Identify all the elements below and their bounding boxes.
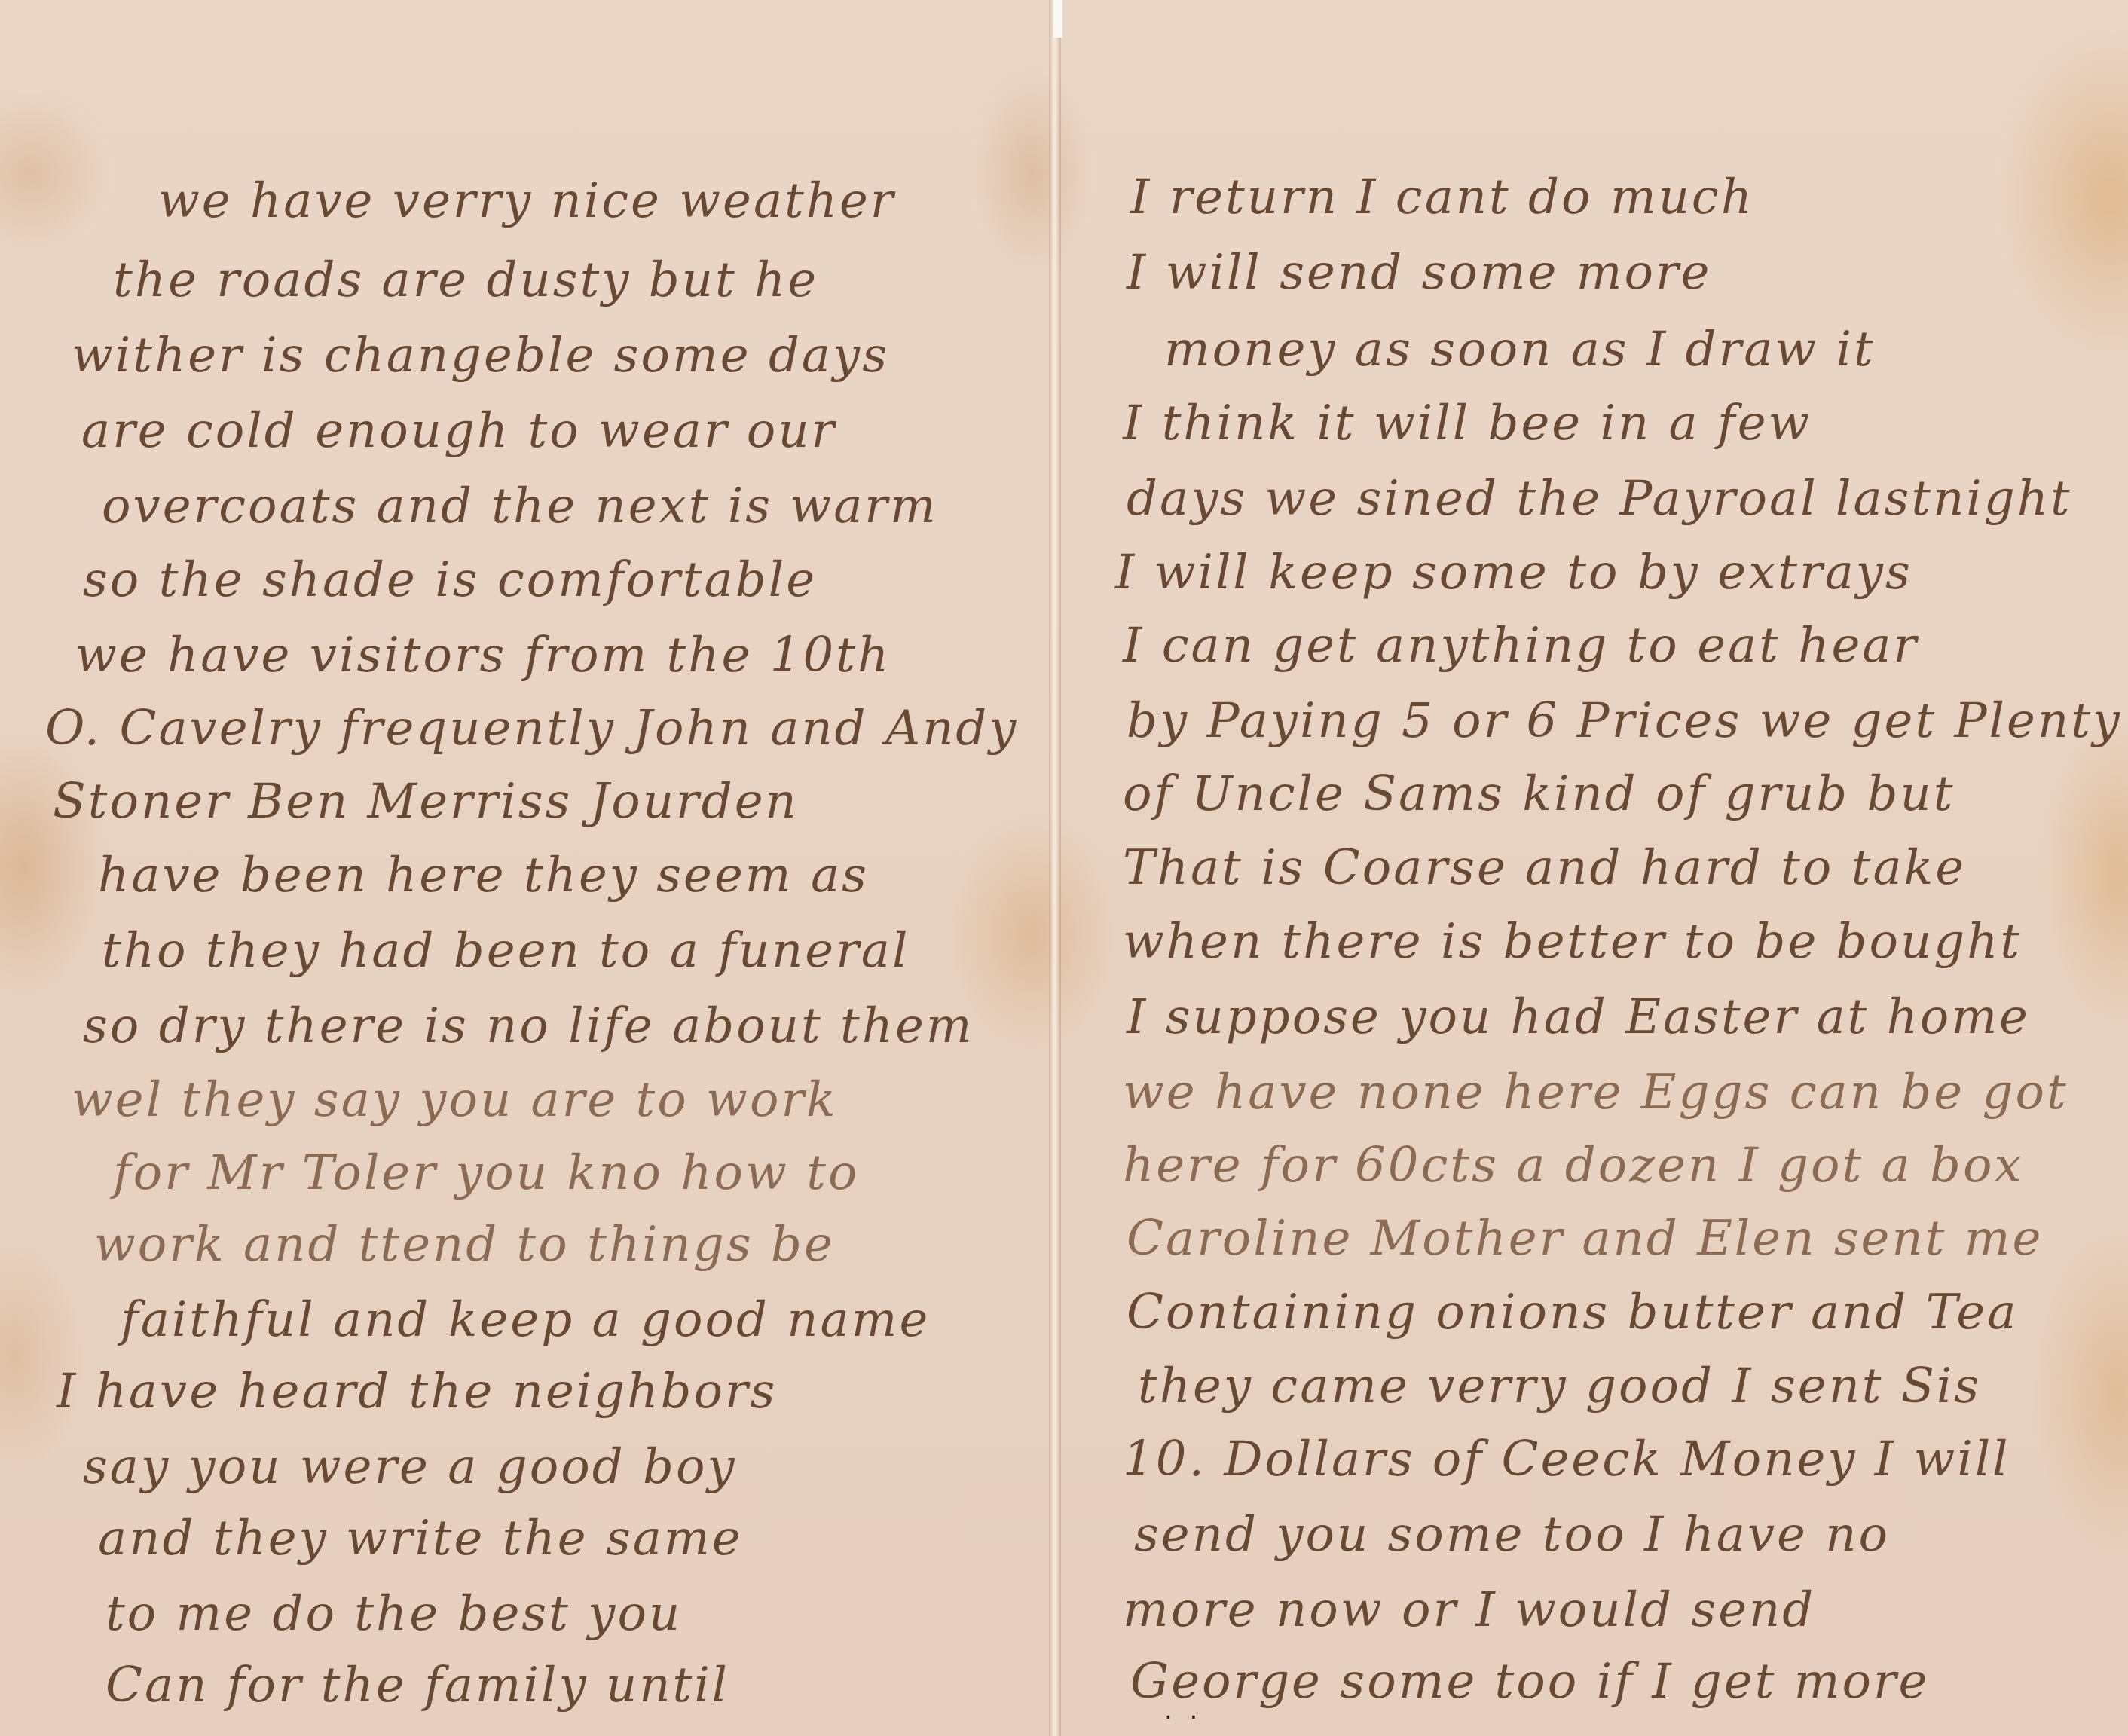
letter-line: I can get anything to eat hear [1123,622,1919,670]
letter-line: work and ttend to things be [94,1221,835,1269]
fold-tear [1053,0,1062,38]
letter-line: by Paying 5 or 6 Prices we get Plenty [1127,697,2122,745]
letter-line: they came verry good I sent Sis [1138,1362,1981,1410]
letter-line: for Mr Toler you kno how to [113,1149,859,1197]
letter-line: more now or I would send [1123,1586,1815,1634]
letter-line: here for 60cts a dozen I got a box [1123,1142,2024,1190]
letter-line: wel they say you are to work [72,1076,838,1124]
letter-line: I think it will bee in a few [1123,399,1812,448]
letter-line: I will keep some to by extrays [1115,549,1912,597]
ink-dots: . . [1164,1695,1202,1725]
letter-line: so the shade is comfortable [83,556,817,604]
letter-line: money as soon as I draw it [1164,325,1876,374]
letter-line: to me do the best you [105,1590,682,1638]
letter-line: I will send some more [1127,249,1711,297]
letter-line: Can for the family until [105,1661,729,1710]
letter-line: Caroline Mother and Elen sent me [1127,1215,2043,1263]
letter-page-left: we have verry nice weather the roads are… [0,0,1055,1736]
letter-line: wither is changeble some days [72,332,889,380]
letter-line: 10. Dollars of Ceeck Money I will [1123,1435,2010,1484]
center-fold [1049,0,1061,1736]
letter-line: and they write the same [98,1514,743,1563]
letter-line: the roads are dusty but he [113,256,818,304]
letter-line: we have none here Eggs can be got [1123,1068,2068,1117]
letter-line: we have verry nice weather [158,177,895,225]
letter-line: when there is better to be bought [1123,918,2022,966]
letter-line: send you some too I have no [1134,1511,1890,1559]
letter-line: I return I cant do much [1130,173,1754,222]
letter-line: are cold enough to wear our [81,407,836,455]
letter-line: so dry there is no life about them [83,1002,974,1050]
letter-line: That is Coarse and hard to take [1123,844,1966,892]
letter-line: we have visitors from the 10th [75,631,891,680]
letter-line: O. Cavelry frequently John and Andy [45,704,1018,753]
letter-line: overcoats and the next is warm [102,482,938,530]
letter-line: I suppose you had Easter at home [1127,993,2030,1041]
letter-line: of Uncle Sams kind of grub but [1123,770,1955,818]
letter-line: I have heard the neighbors [57,1368,777,1416]
letter-page-right: I return I cant do much I will send some… [1062,0,2128,1736]
letter-sheet: we have verry nice weather the roads are… [0,0,2128,1736]
letter-line: faithful and keep a good name [121,1296,930,1344]
letter-line: say you were a good boy [83,1443,737,1491]
letter-line: Containing onions butter and Tea [1127,1288,2018,1337]
letter-line: have been here they seem as [98,851,869,900]
letter-line: Stoner Ben Merriss Jourden [53,778,799,826]
letter-line: George some too if I get more [1130,1658,1929,1706]
letter-line: days we sined the Payroal lastnight [1127,475,2072,523]
letter-line: tho they had been to a funeral [102,927,910,975]
